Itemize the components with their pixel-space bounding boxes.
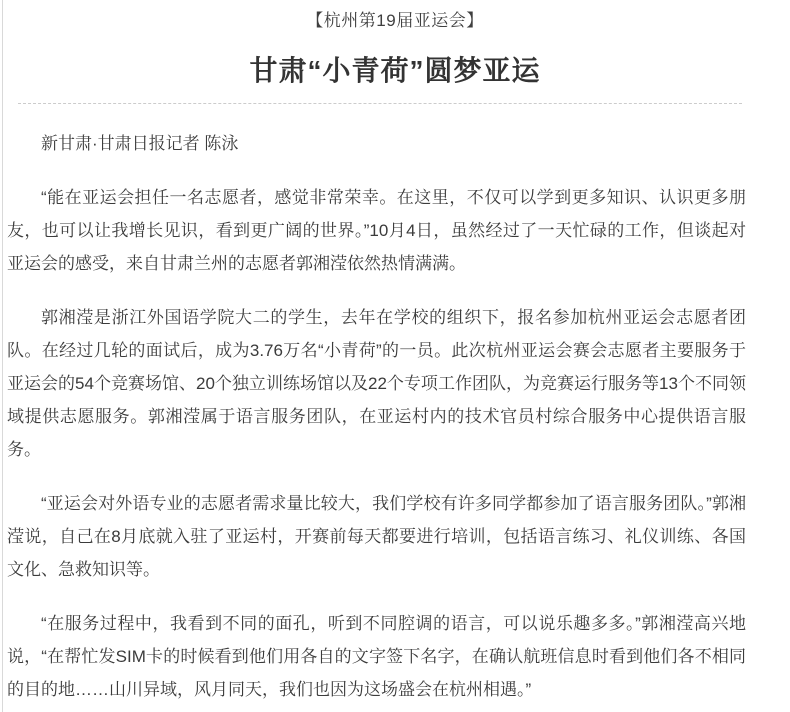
- article-kicker: 【杭州第19届亚运会】: [0, 9, 790, 33]
- article-title: 甘肃“小青荷”圆梦亚运: [0, 51, 790, 91]
- article-byline: 新甘肃·甘肃日报记者 陈泳: [7, 127, 746, 160]
- article-paragraph-2: 郭湘滢是浙江外国语学院大二的学生，去年在学校的组织下，报名参加杭州亚运会志愿者团…: [7, 301, 746, 466]
- header-divider: [18, 103, 742, 104]
- article-paragraph-3: “亚运会对外语专业的志愿者需求量比较大，我们学校有许多同学都参加了语言服务团队。…: [7, 487, 746, 586]
- article-paragraph-1: “能在亚运会担任一名志愿者，感觉非常荣幸。在这里，不仅可以学到更多知识、认识更多…: [7, 181, 746, 280]
- page-left-border: [2, 0, 3, 712]
- article-header: 【杭州第19届亚运会】 甘肃“小青荷”圆梦亚运: [0, 9, 790, 104]
- article-page: 【杭州第19届亚运会】 甘肃“小青荷”圆梦亚运 新甘肃·甘肃日报记者 陈泳 “能…: [0, 0, 790, 712]
- article-paragraph-4: “在服务过程中，我看到不同的面孔，听到不同腔调的语言，可以说乐趣多多。”郭湘滢高…: [7, 607, 746, 706]
- article-body: 新甘肃·甘肃日报记者 陈泳 “能在亚运会担任一名志愿者，感觉非常荣幸。在这里，不…: [0, 127, 790, 706]
